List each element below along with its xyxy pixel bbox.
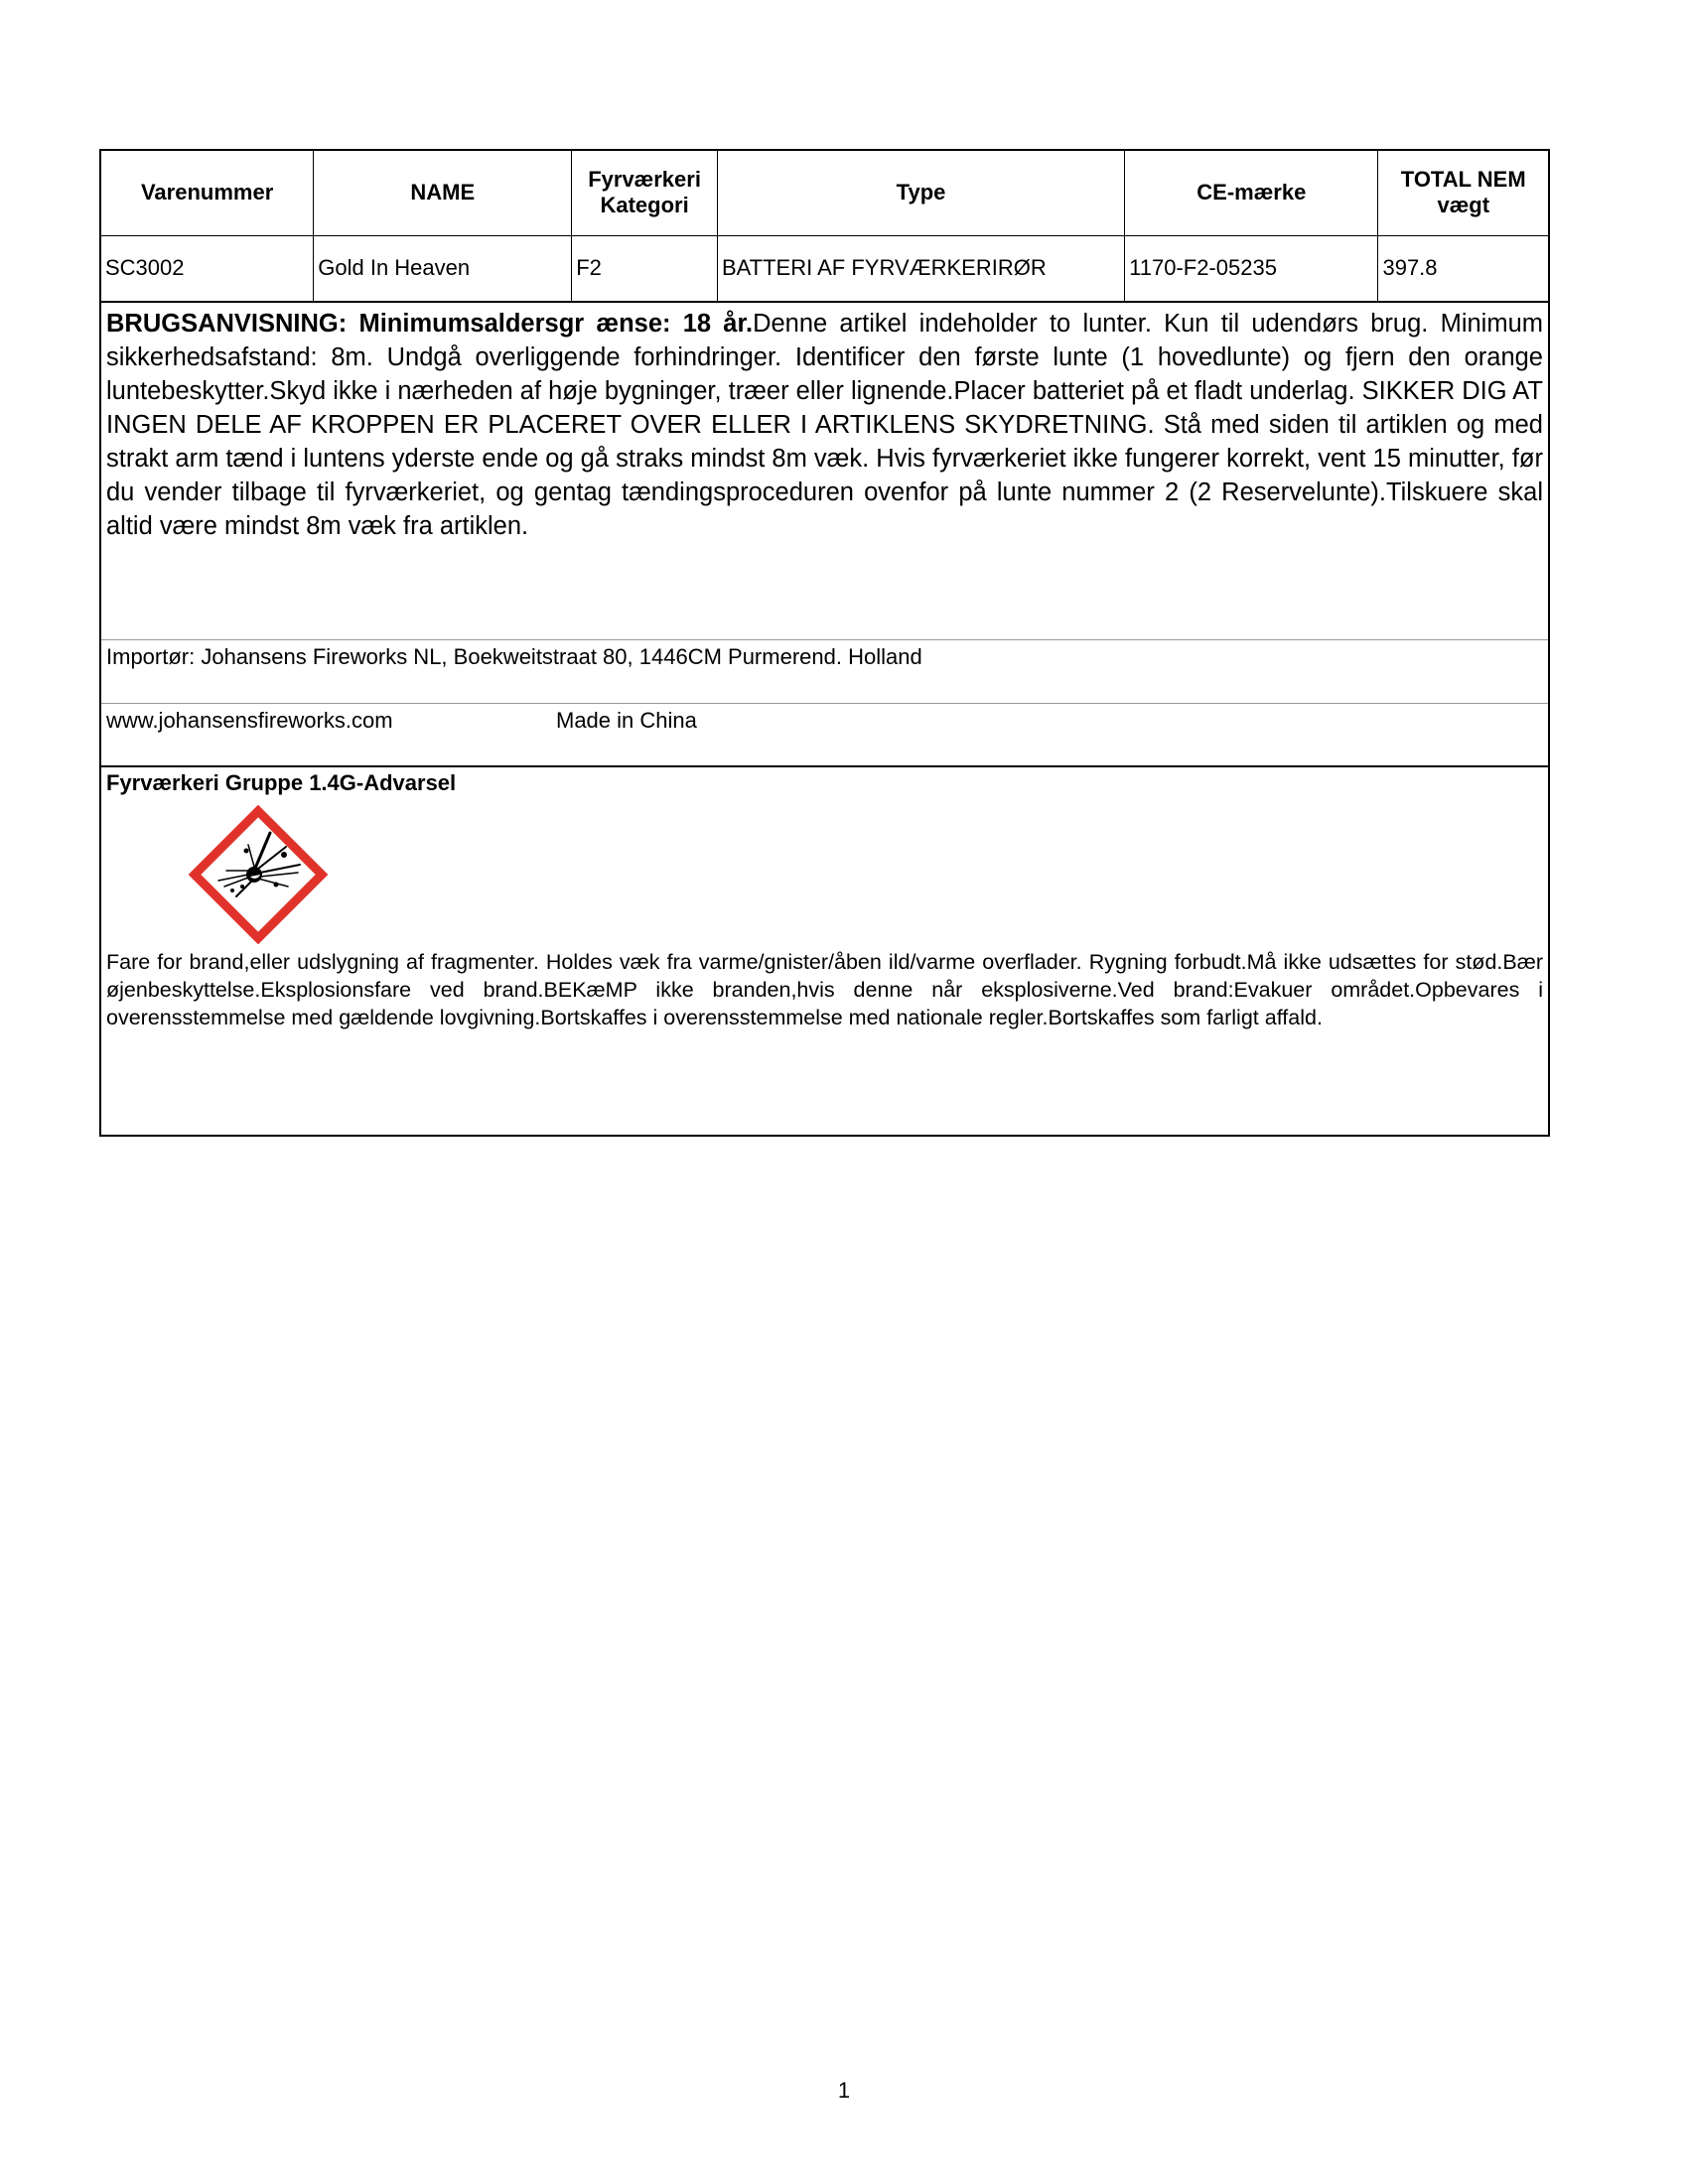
header-name: NAME [314, 151, 572, 235]
explosive-bomb-icon [189, 805, 328, 944]
usage-instructions: BRUGSANVISNING: Minimumsaldersgr ænse: 1… [101, 303, 1548, 640]
cell-ce-maerke: 1170-F2-05235 [1125, 235, 1378, 302]
cell-kategori: F2 [572, 235, 718, 302]
website-text: www.johansensfireworks.com [106, 706, 556, 765]
table-header-row: Varenummer NAME Fyrværkeri Kategori Type… [101, 151, 1548, 235]
header-varenummer: Varenummer [101, 151, 314, 235]
product-spec-table: Varenummer NAME Fyrværkeri Kategori Type… [101, 151, 1548, 303]
origin-text: Made in China [556, 706, 697, 765]
cell-type: BATTERI AF FYRVÆRKERIRØR [717, 235, 1124, 302]
instructions-lead: BRUGSANVISNING: Minimumsaldersgr ænse: 1… [106, 310, 753, 338]
page-number: 1 [0, 2078, 1688, 2104]
header-type: Type [717, 151, 1124, 235]
table-row: SC3002 Gold In Heaven F2 BATTERI AF FYRV… [101, 235, 1548, 302]
cell-nem-vaegt: 397.8 [1378, 235, 1548, 302]
importer-info: Importør: Johansens Fireworks NL, Boekwe… [101, 640, 1548, 704]
importer-text: Importør: Johansens Fireworks NL, Boekwe… [106, 644, 922, 669]
header-kategori: Fyrværkeri Kategori [572, 151, 718, 235]
warning-section: Fyrværkeri Gruppe 1.4G-Advarsel [101, 767, 1548, 1135]
cell-varenummer: SC3002 [101, 235, 314, 302]
website-origin-row: www.johansensfireworks.com Made in China [101, 704, 1548, 767]
instructions-body: Denne artikel indeholder to lunter. Kun … [106, 310, 1543, 540]
header-nem-vaegt: TOTAL NEM vægt [1378, 151, 1548, 235]
warning-title: Fyrværkeri Gruppe 1.4G-Advarsel [106, 769, 1543, 797]
warning-text: Fare for brand,eller udslygning af fragm… [106, 948, 1543, 1031]
header-ce-maerke: CE-mærke [1125, 151, 1378, 235]
cell-name: Gold In Heaven [314, 235, 572, 302]
product-label-sheet: Varenummer NAME Fyrværkeri Kategori Type… [99, 149, 1550, 1137]
